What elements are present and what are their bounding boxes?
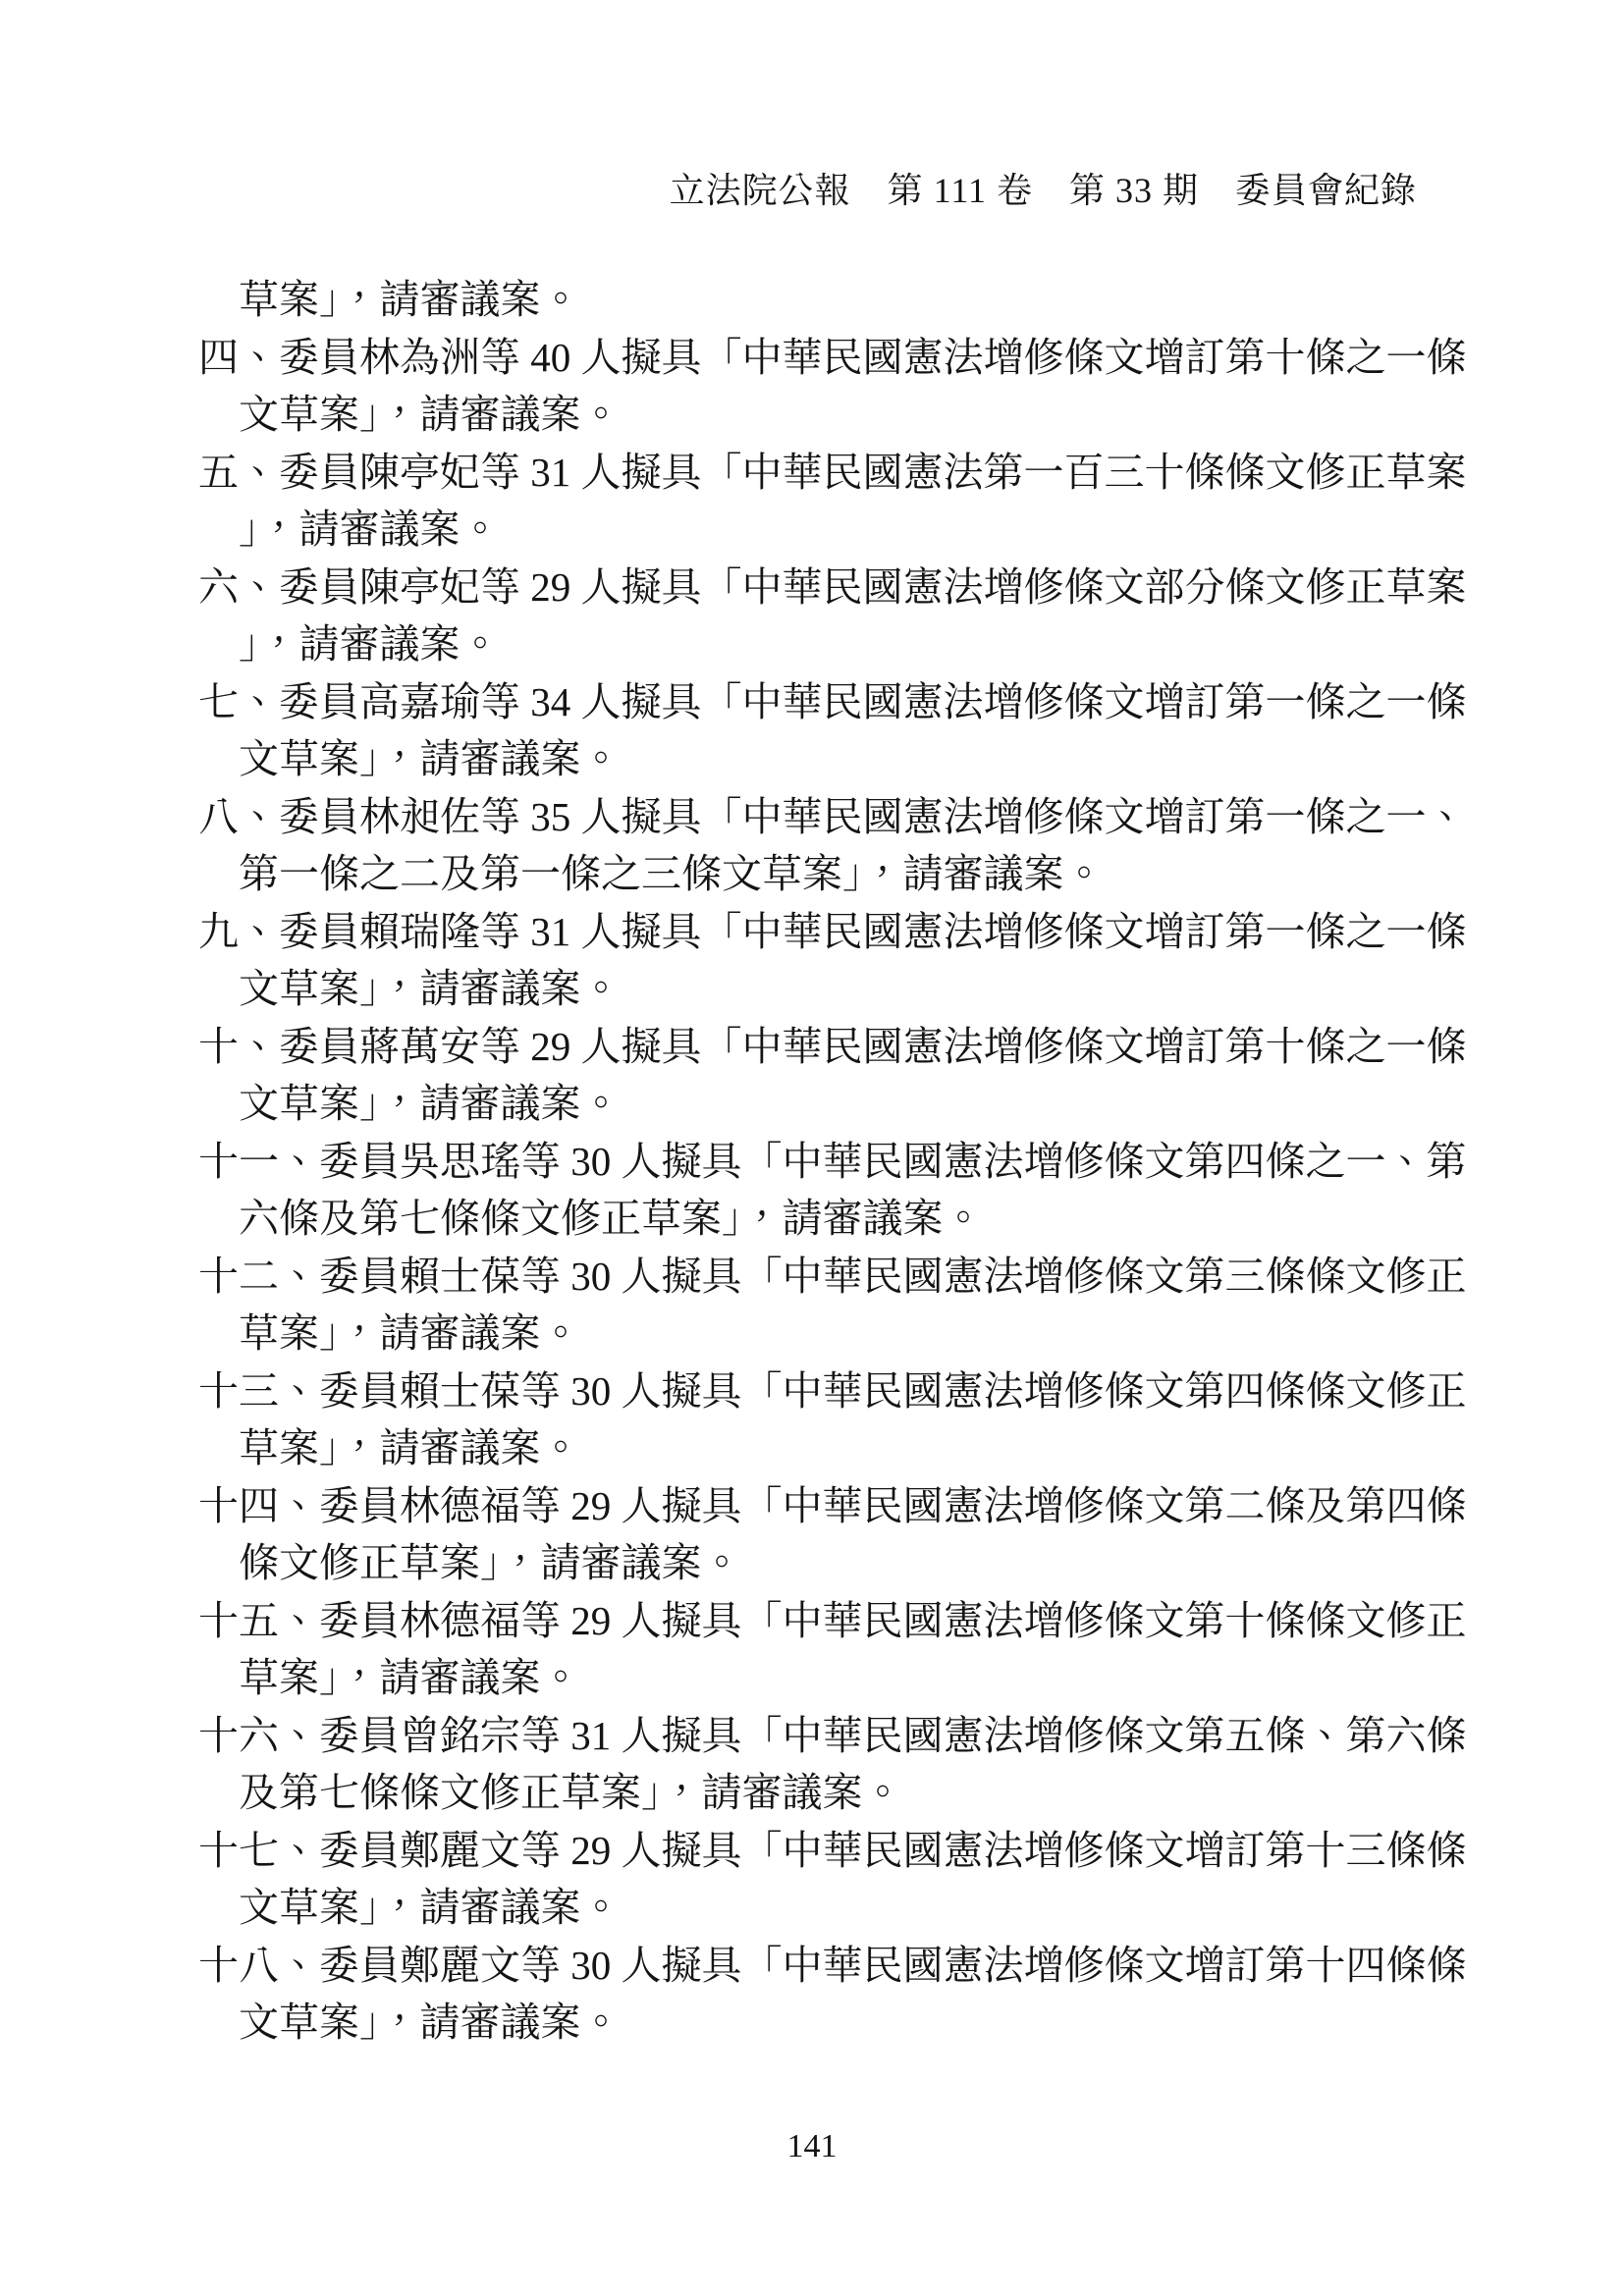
- document-line: 四、委員林為洲等 40 人擬具「中華民國憲法增修條文增訂第十條之一條: [198, 329, 1475, 387]
- gazette-page: 立法院公報 第 111 卷 第 33 期 委員會紀錄 草案」，請審議案。四、委員…: [0, 0, 1624, 2296]
- page-number: 141: [0, 2128, 1624, 2165]
- document-line: 」，請審議案。: [198, 615, 1475, 673]
- document-line: 十、委員蔣萬安等 29 人擬具「中華民國憲法增修條文增訂第十條之一條: [198, 1018, 1475, 1076]
- document-line: 」，請審議案。: [198, 501, 1475, 559]
- document-line: 九、委員賴瑞隆等 31 人擬具「中華民國憲法增修條文增訂第一條之一條: [198, 903, 1475, 961]
- document-body: 草案」，請審議案。四、委員林為洲等 40 人擬具「中華民國憲法增修條文增訂第十條…: [198, 271, 1475, 2052]
- document-line: 十四、委員林德福等 29 人擬具「中華民國憲法增修條文第二條及第四條: [198, 1477, 1475, 1535]
- document-line: 文草案」，請審議案。: [198, 960, 1475, 1018]
- document-line: 草案」，請審議案。: [198, 1419, 1475, 1477]
- document-line: 六條及第七條條文修正草案」，請審議案。: [198, 1190, 1475, 1248]
- document-line: 八、委員林昶佐等 35 人擬具「中華民國憲法增修條文增訂第一條之一、: [198, 788, 1475, 846]
- document-line: 十五、委員林德福等 29 人擬具「中華民國憲法增修條文第十條條文修正: [198, 1592, 1475, 1650]
- document-line: 條文修正草案」，請審議案。: [198, 1534, 1475, 1592]
- document-line: 七、委員高嘉瑜等 34 人擬具「中華民國憲法增修條文增訂第一條之一條: [198, 673, 1475, 731]
- document-line: 六、委員陳亭妃等 29 人擬具「中華民國憲法增修條文部分條文修正草案: [198, 559, 1475, 616]
- document-line: 草案」，請審議案。: [198, 1305, 1475, 1362]
- document-line: 十一、委員吳思瑤等 30 人擬具「中華民國憲法增修條文第四條之一、第: [198, 1133, 1475, 1191]
- document-line: 文草案」，請審議案。: [198, 1075, 1475, 1133]
- document-line: 十三、委員賴士葆等 30 人擬具「中華民國憲法增修條文第四條條文修正: [198, 1362, 1475, 1420]
- document-line: 十七、委員鄭麗文等 29 人擬具「中華民國憲法增修條文增訂第十三條條: [198, 1822, 1475, 1880]
- document-line: 草案」，請審議案。: [198, 271, 1475, 329]
- document-line: 文草案」，請審議案。: [198, 1994, 1475, 2052]
- document-line: 文草案」，請審議案。: [198, 730, 1475, 788]
- document-line: 十二、委員賴士葆等 30 人擬具「中華民國憲法增修條文第三條條文修正: [198, 1248, 1475, 1306]
- document-line: 五、委員陳亭妃等 31 人擬具「中華民國憲法第一百三十條條文修正草案: [198, 444, 1475, 502]
- document-line: 文草案」，請審議案。: [198, 386, 1475, 444]
- document-line: 及第七條條文修正草案」，請審議案。: [198, 1764, 1475, 1822]
- document-line: 草案」，請審議案。: [198, 1649, 1475, 1707]
- document-line: 十六、委員曾銘宗等 31 人擬具「中華民國憲法增修條文第五條、第六條: [198, 1707, 1475, 1765]
- running-header: 立法院公報 第 111 卷 第 33 期 委員會紀錄: [670, 169, 1417, 212]
- document-line: 文草案」，請審議案。: [198, 1879, 1475, 1937]
- document-line: 十八、委員鄭麗文等 30 人擬具「中華民國憲法增修條文增訂第十四條條: [198, 1937, 1475, 1995]
- document-line: 第一條之二及第一條之三條文草案」，請審議案。: [198, 845, 1475, 903]
